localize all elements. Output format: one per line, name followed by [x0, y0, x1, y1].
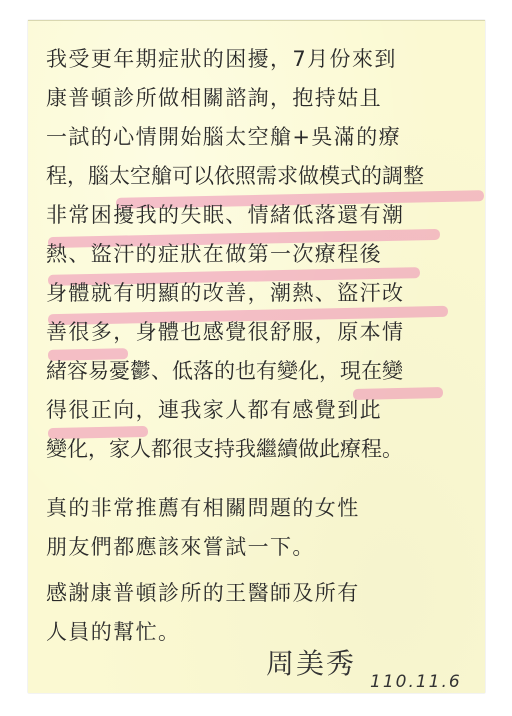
letter-line-14: 感謝康普頓診所的王醫師及所有: [46, 578, 360, 608]
handwritten-letter-paper: 我受更年期症狀的困擾，7月份來到 康普頓診所做相關諮詢，抱持姑且 一試的心情開始…: [28, 20, 485, 693]
letter-line-15: 人員的幫忙。: [46, 617, 180, 647]
letter-line-3: 一試的心情開始腦太空艙+吳滿的療: [46, 122, 401, 152]
letter-line-12: 真的非常推薦有相關問題的女性: [46, 493, 360, 523]
letter-line-5: 非常困擾我的失眠、情緒低落還有潮: [46, 200, 404, 230]
signature: 周美秀: [266, 642, 356, 682]
letter-line-8: 善很多，身體也感覺很舒服，原本情: [46, 317, 404, 347]
letter-line-1: 我受更年期症狀的困擾，7月份來到: [46, 44, 397, 74]
signature-date: 110.11.6: [370, 672, 462, 692]
letter-line-4: 程，腦太空艙可以依照需求做模式的調整: [46, 161, 424, 191]
letter-line-2: 康普頓診所做相關諮詢，抱持姑且: [46, 83, 382, 113]
letter-line-11: 變化，家人都很支持我繼續做此療程。: [46, 434, 403, 464]
letter-line-10: 得很正向，連我家人都有感覺到此: [46, 395, 382, 425]
letter-line-13: 朋友們都應該來嘗試一下。: [46, 532, 315, 562]
letter-line-7: 身體就有明顯的改善，潮熱、盜汗改: [46, 278, 404, 308]
letter-line-6: 熱、盜汗的症狀在做第一次療程後: [46, 239, 382, 269]
letter-line-9: 緒容易憂鬱、低落的也有變化，現在變: [46, 356, 403, 386]
